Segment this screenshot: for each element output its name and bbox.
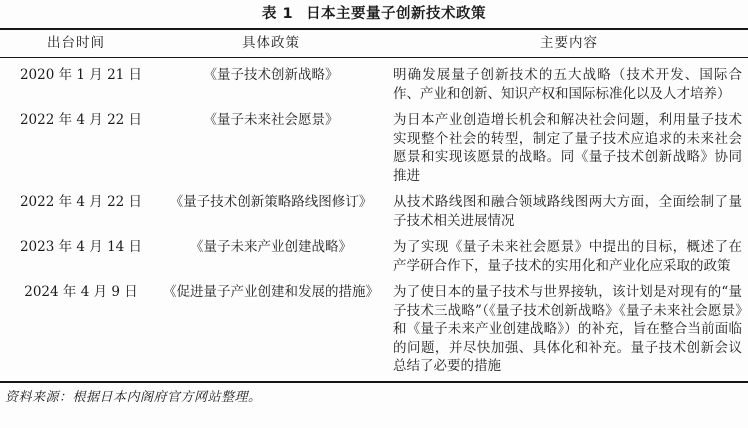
table-title-text: 日本主要量子创新技术政策 xyxy=(306,6,486,22)
table-row: 2023 年 4 月 14 日 《量子未来产业创建战略》 为了实现《量子未来社会… xyxy=(0,230,748,275)
column-header-policy: 具体政策 xyxy=(152,35,390,51)
cell-content: 为了使日本的量子技术与世界接轨，该计划是对现有的“量子技术三战略”（《量子技术创… xyxy=(390,283,748,376)
table-number-label: 表 1 xyxy=(262,6,293,22)
paper-table-page: 表 1日本主要量子创新技术政策 出台时间 具体政策 主要内容 2020 年 1 … xyxy=(0,0,748,428)
table-row: 2024 年 4 月 9 日 《促进量子产业创建和发展的措施》 为了使日本的量子… xyxy=(0,275,748,376)
cell-content: 为日本产业创造增长机会和解决社会问题，利用量子技术实现整个社会的转型，制定了量子… xyxy=(390,111,748,185)
cell-policy: 《量子未来社会愿景》 xyxy=(152,111,390,185)
cell-content: 为了实现《量子未来社会愿景》中提出的目标，概述了在产学研合作下，量子技术的实用化… xyxy=(390,238,748,275)
cell-policy: 《量子未来产业创建战略》 xyxy=(152,238,390,275)
table-title: 表 1日本主要量子创新技术政策 xyxy=(0,0,748,23)
table-row: 2022 年 4 月 22 日 《量子技术创新策略路线图修订》 从技术路线图和融… xyxy=(0,185,748,230)
table-body: 2020 年 1 月 21 日 《量子技术创新战略》 明确发展量子创新技术的五大… xyxy=(0,58,748,383)
table-row: 2022 年 4 月 22 日 《量子未来社会愿景》 为日本产业创造增长机会和解… xyxy=(0,103,748,185)
cell-date: 2020 年 1 月 21 日 xyxy=(0,66,152,103)
cell-content: 明确发展量子创新技术的五大战略（技术开发、国际合作、产业和创新、知识产权和国际标… xyxy=(390,66,748,103)
cell-policy: 《量子技术创新战略》 xyxy=(152,66,390,103)
column-header-date: 出台时间 xyxy=(0,35,152,51)
cell-policy: 《促进量子产业创建和发展的措施》 xyxy=(152,283,390,376)
cell-content: 从技术路线图和融合领域路线图两大方面，全面绘制了量子技术相关进展情况 xyxy=(390,193,748,230)
cell-date: 2022 年 4 月 22 日 xyxy=(0,111,152,185)
table-row: 2020 年 1 月 21 日 《量子技术创新战略》 明确发展量子创新技术的五大… xyxy=(0,58,748,103)
cell-date: 2022 年 4 月 22 日 xyxy=(0,193,152,230)
cell-policy: 《量子技术创新策略路线图修订》 xyxy=(152,193,390,230)
source-note: 资料来源：根据日本内阁府官方网站整理。 xyxy=(0,390,748,406)
cell-date: 2023 年 4 月 14 日 xyxy=(0,238,152,275)
table-header-row: 出台时间 具体政策 主要内容 xyxy=(0,28,748,58)
column-header-content: 主要内容 xyxy=(390,35,748,51)
cell-date: 2024 年 4 月 9 日 xyxy=(0,283,152,376)
